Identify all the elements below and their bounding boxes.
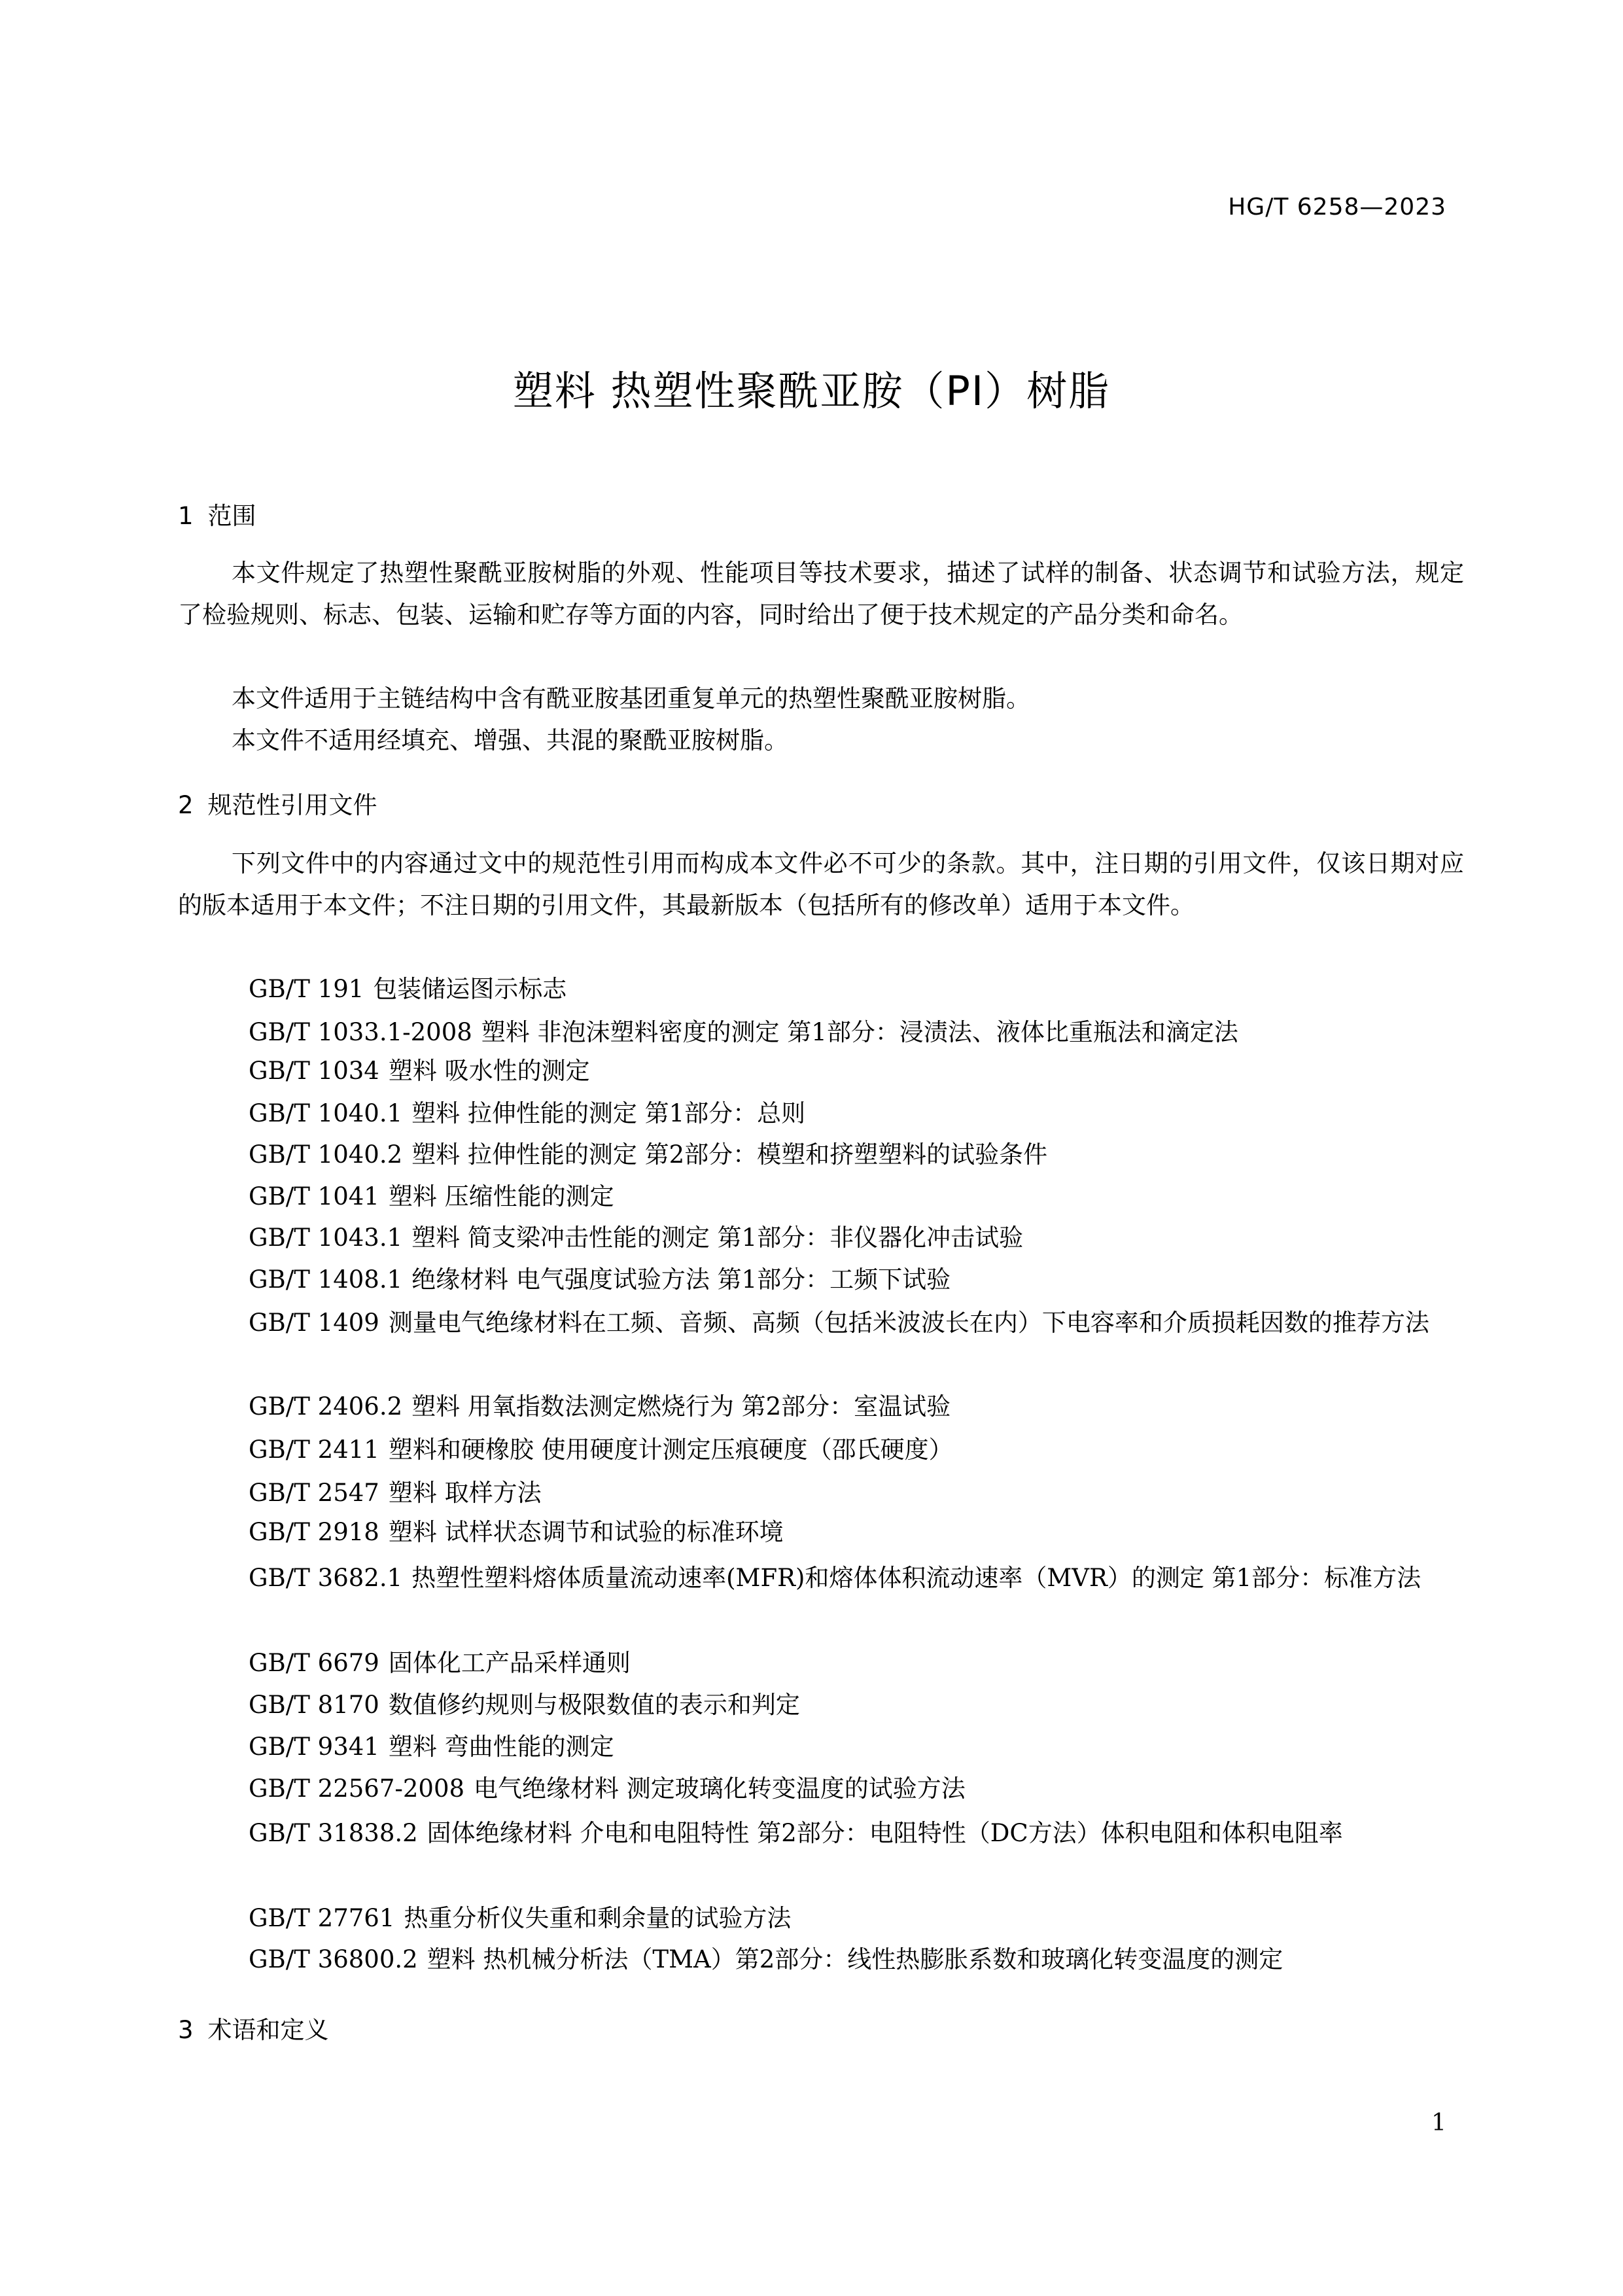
- reference-item: GB/T 1034塑料 吸水性的测定: [178, 1050, 1464, 1092]
- section-number: 1: [178, 502, 194, 530]
- section-number: 3: [178, 2016, 194, 2044]
- reference-item: GB/T 6679固体化工产品采样通则: [178, 1642, 1464, 1684]
- paragraph-normative-refs: 下列文件中的内容通过文中的规范性引用而构成本文件必不可少的条款。其中，注日期的引…: [178, 843, 1464, 927]
- reference-item: GB/T 1043.1塑料 简支梁冲击性能的测定 第1部分：非仪器化冲击试验: [178, 1217, 1464, 1259]
- reference-item: GB/T 22567-2008电气绝缘材料 测定玻璃化转变温度的试验方法: [178, 1768, 1464, 1810]
- paragraph-scope-1: 本文件规定了热塑性聚酰亚胺树脂的外观、性能项目等技术要求，描述了试样的制备、状态…: [178, 552, 1464, 636]
- section-heading-2: 2规范性引用文件: [178, 785, 377, 821]
- reference-item: GB/T 27761热重分析仪失重和剩余量的试验方法: [178, 1898, 1464, 1939]
- reference-item: GB/T 1033.1-2008塑料 非泡沫塑料密度的测定 第1部分：浸渍法、液…: [178, 1012, 1464, 1053]
- reference-item: GB/T 1409测量电气绝缘材料在工频、音频、高频（包括米波波长在内）下电容率…: [178, 1302, 1464, 1344]
- section-heading-1: 1范围: [178, 496, 256, 531]
- paragraph-scope-2: 本文件适用于主链结构中含有酰亚胺基团重复单元的热塑性聚酰亚胺树脂。: [178, 678, 1464, 720]
- paragraph-scope-3: 本文件不适用经填充、增强、共混的聚酰亚胺树脂。: [178, 720, 1464, 762]
- standard-code: HG/T 6258—2023: [1228, 194, 1446, 221]
- reference-item: GB/T 9341塑料 弯曲性能的测定: [178, 1726, 1464, 1768]
- reference-item: GB/T 1040.2塑料 拉伸性能的测定 第2部分：模塑和挤塑塑料的试验条件: [178, 1134, 1464, 1176]
- section-title: 规范性引用文件: [208, 791, 377, 819]
- document-title: 塑料 热塑性聚酰亚胺（PI）树脂: [0, 359, 1623, 417]
- section-heading-3: 3术语和定义: [178, 2010, 329, 2045]
- reference-item: GB/T 2918塑料 试样状态调节和试验的标准环境: [178, 1511, 1464, 1553]
- reference-item: GB/T 2411塑料和硬橡胶 使用硬度计测定压痕硬度（邵氏硬度）: [178, 1429, 1464, 1471]
- section-title: 范围: [208, 502, 256, 530]
- reference-item: GB/T 191包装储运图示标志: [178, 968, 1464, 1010]
- reference-item: GB/T 1041塑料 压缩性能的测定: [178, 1176, 1464, 1218]
- reference-item: GB/T 2547塑料 取样方法: [178, 1472, 1464, 1514]
- section-title: 术语和定义: [208, 2016, 329, 2044]
- reference-item: GB/T 36800.2塑料 热机械分析法（TMA）第2部分：线性热膨胀系数和玻…: [178, 1939, 1464, 1981]
- reference-item: GB/T 31838.2固体绝缘材料 介电和电阻特性 第2部分：电阻特性（DC方…: [178, 1812, 1464, 1854]
- section-number: 2: [178, 791, 194, 819]
- reference-item: GB/T 1040.1塑料 拉伸性能的测定 第1部分：总则: [178, 1093, 1464, 1135]
- page-number: 1: [1431, 2110, 1446, 2136]
- reference-item: GB/T 3682.1热塑性塑料熔体质量流动速率(MFR)和熔体体积流动速率（M…: [178, 1557, 1464, 1599]
- reference-item: GB/T 2406.2塑料 用氧指数法测定燃烧行为 第2部分：室温试验: [178, 1386, 1464, 1428]
- reference-item: GB/T 1408.1绝缘材料 电气强度试验方法 第1部分：工频下试验: [178, 1259, 1464, 1301]
- reference-item: GB/T 8170数值修约规则与极限数值的表示和判定: [178, 1684, 1464, 1726]
